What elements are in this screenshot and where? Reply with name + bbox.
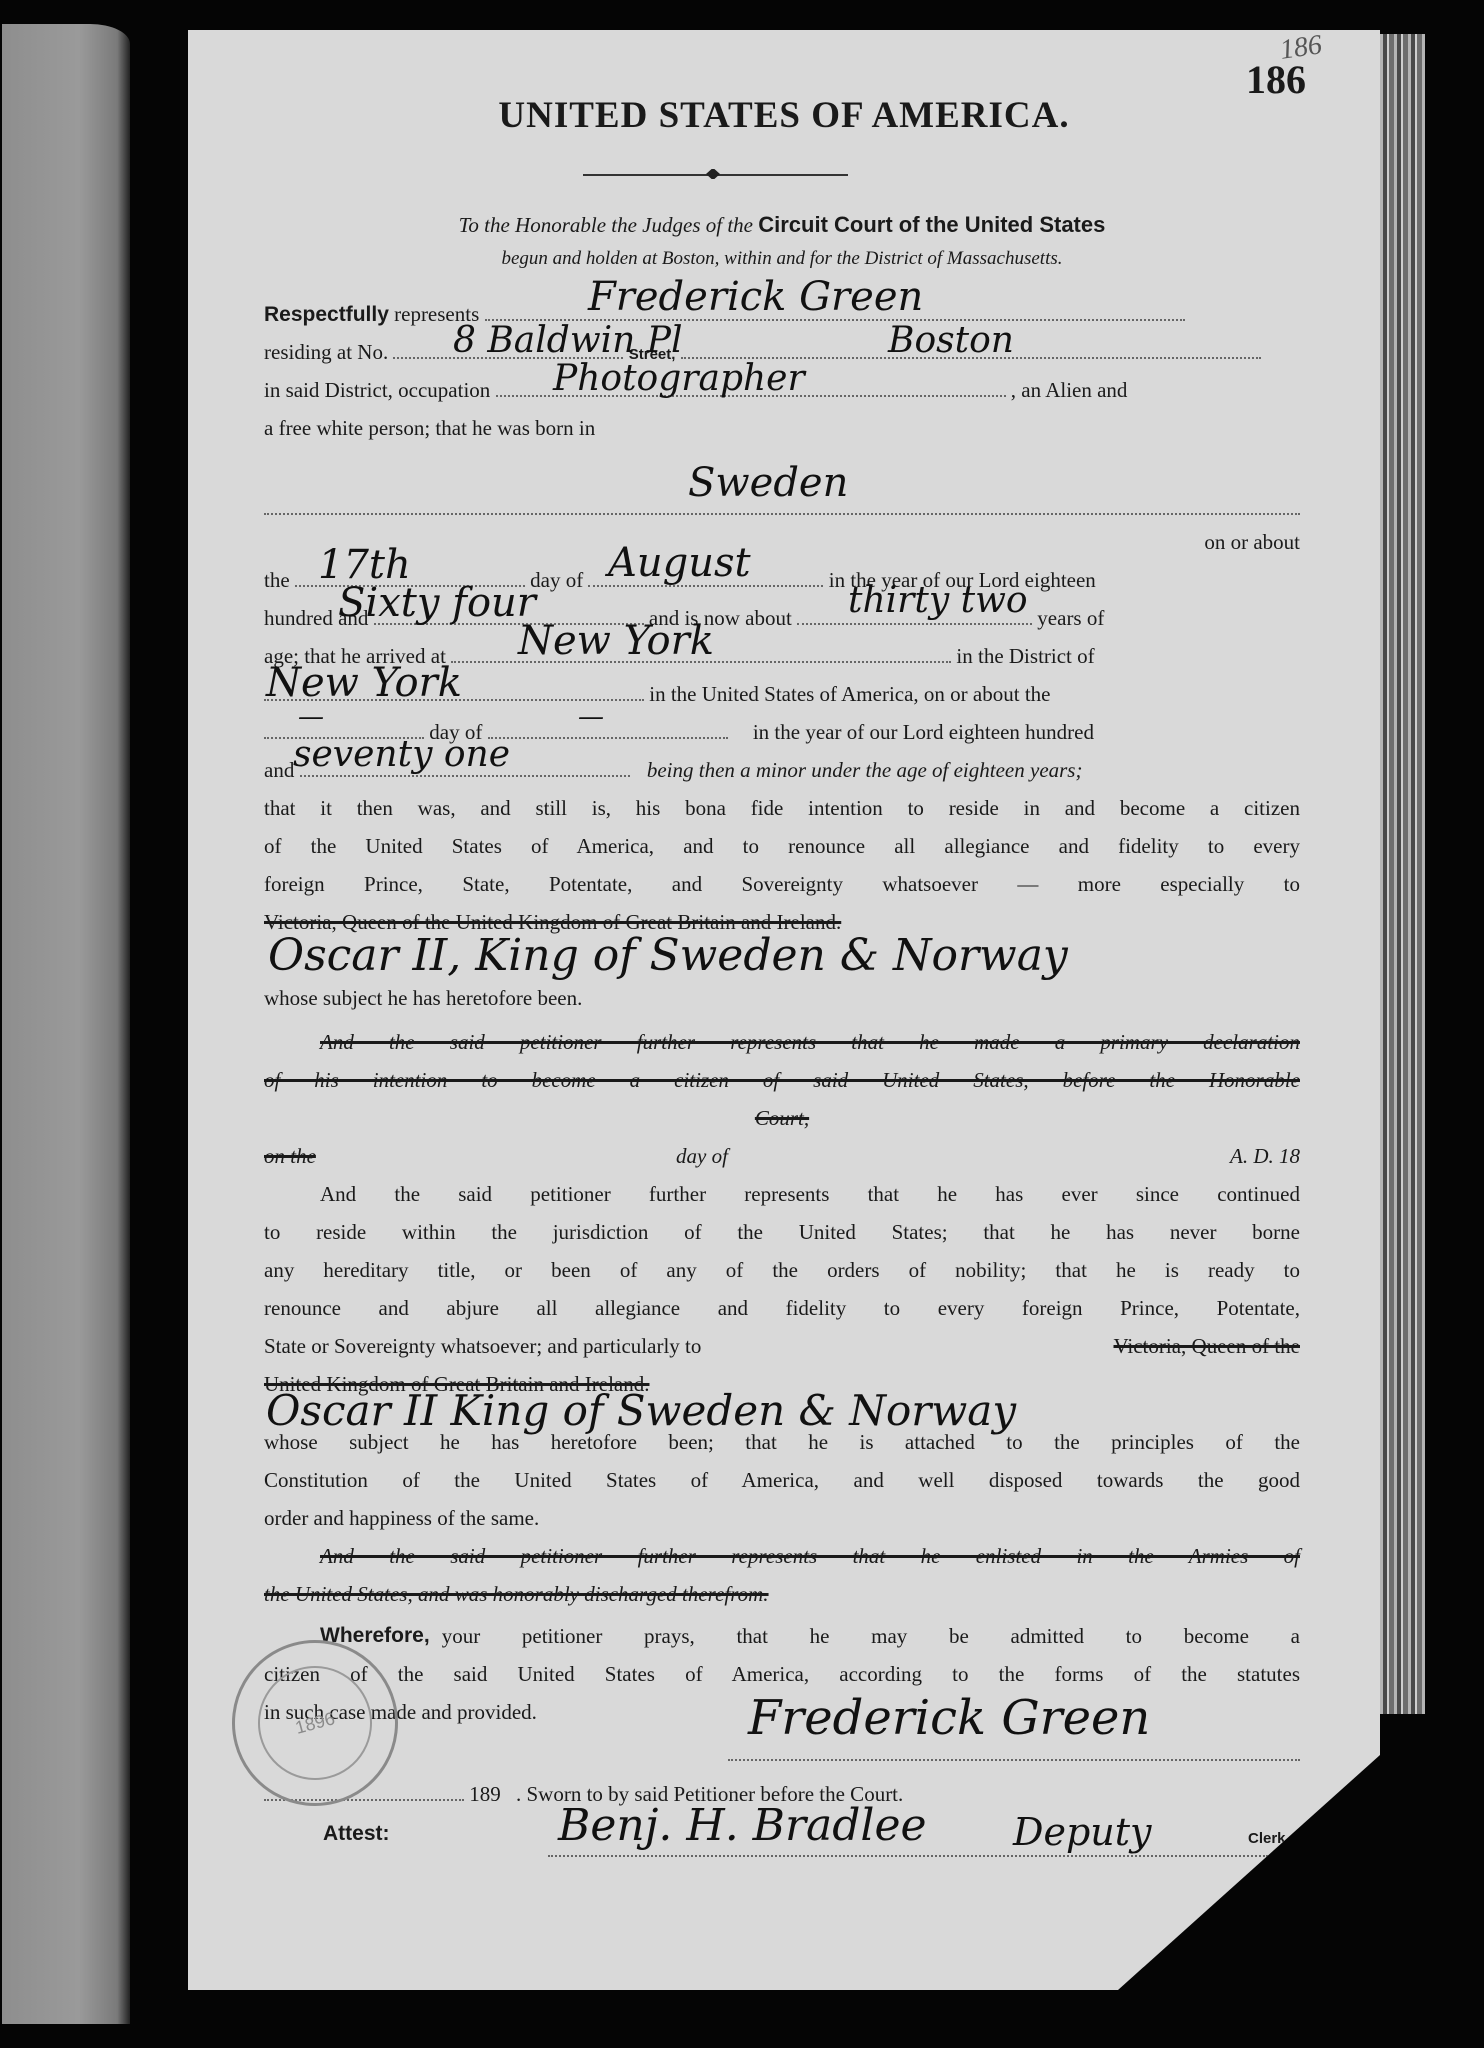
on-or-about-label: on or about xyxy=(264,530,1300,555)
struck-armies-line: And the said petitioner further represen… xyxy=(264,1544,1300,1569)
birthplace-line xyxy=(264,496,1300,521)
on-the-label: on the xyxy=(264,1144,316,1168)
arrival-district: New York xyxy=(266,660,462,706)
subject-line-1: whose subject he has heretofore been. xyxy=(264,986,1300,1011)
document-title: UNITED STATES OF AMERICA. xyxy=(188,94,1380,137)
sovereign-1-handwritten: Oscar II, King of Sweden & Norway xyxy=(268,930,1068,981)
attest-label: Attest: xyxy=(323,1822,523,1846)
paragraph1-line: foreign Prince, State, Potentate, and So… xyxy=(264,872,1300,897)
left-page-edge xyxy=(2,24,130,2024)
address-prefix: To the Honorable the Judges of the xyxy=(459,213,753,237)
petitioner-signature: Frederick Green xyxy=(748,1690,1150,1746)
residence-street: 8 Baldwin Pl xyxy=(453,320,683,361)
residence-city: Boston xyxy=(888,320,1014,361)
wherefore-line: citizen of the said United States of Ame… xyxy=(264,1662,1300,1687)
clerk-field-line xyxy=(548,1854,1268,1857)
struck-armies-line: the United States, and was honorably dis… xyxy=(264,1582,1300,1607)
clerk-signature: Benj. H. Bradlee xyxy=(558,1800,927,1851)
struck-date-row: on the day of A. D. 18 xyxy=(264,1144,1300,1169)
the-label: the xyxy=(264,568,290,592)
struck-sovereign-2a: Victoria, Queen of the xyxy=(1114,1334,1301,1359)
struck-declaration-line: And the said petitioner further represen… xyxy=(264,1030,1300,1055)
paragraph2-line: renounce and abjure all allegiance and f… xyxy=(264,1296,1300,1321)
age-field-line xyxy=(797,622,1032,625)
arrival-month: — xyxy=(578,702,604,732)
paragraph2-line: any hereditary title, or been of any of … xyxy=(264,1258,1300,1283)
wherefore-line: Wherefore, your petitioner prays, that h… xyxy=(264,1624,1300,1649)
paragraph3-line: Constitution of the United States of Ame… xyxy=(264,1468,1300,1493)
court-location-line: begun and holden at Boston, within and f… xyxy=(264,248,1300,270)
paragraph2-last-line: State or Sovereignty whatsoever; and par… xyxy=(264,1334,1300,1359)
court-name: Circuit Court of the United States xyxy=(758,212,1105,237)
sovereign-2-handwritten: Oscar II King of Sweden & Norway xyxy=(266,1386,1016,1435)
struck-declaration-line: of his intention to become a citizen of … xyxy=(264,1068,1300,1093)
district-of-label: in the District of xyxy=(956,644,1094,668)
arrival-port: New York xyxy=(518,618,714,664)
birthplace-field-line xyxy=(264,512,1300,515)
paragraph1-line: of the United States of America, and to … xyxy=(264,834,1300,859)
court-address-line: To the Honorable the Judges of the Circu… xyxy=(264,212,1300,238)
respectfully-label: Respectfully xyxy=(264,303,389,326)
paragraph3-line: whose subject he has heretofore been; th… xyxy=(264,1430,1300,1455)
divider-ornament xyxy=(706,169,720,179)
age-value: thirty two xyxy=(848,580,1028,621)
born-label: a free white person; that he was born in xyxy=(264,416,1300,441)
petition-page: 186 186 UNITED STATES OF AMERICA. To the… xyxy=(188,30,1380,1990)
arrival-month-line xyxy=(488,736,728,739)
petitioner-name: Frederick Green xyxy=(588,274,923,320)
occupation-label: in said District, occupation xyxy=(264,378,490,402)
occupation-value: Photographer xyxy=(553,358,805,399)
paragraph2-line: And the said petitioner further represen… xyxy=(264,1182,1300,1207)
in-us-label: in the United States of America, on or a… xyxy=(649,682,1050,706)
residence-label: residing at No. xyxy=(264,340,388,364)
year-text-2: in the year of our Lord eighteen hundred xyxy=(753,720,1094,744)
clerk-title-handwritten: Deputy xyxy=(1013,1810,1152,1854)
wherefore-text: your petitioner prays, that he may be ad… xyxy=(442,1624,1300,1649)
page-stack-edges xyxy=(1375,34,1425,1714)
and-label: and xyxy=(264,758,294,782)
years-of-label: years of xyxy=(1037,606,1104,630)
particularly-to-text: State or Sovereignty whatsoever; and par… xyxy=(264,1334,701,1359)
struck-court-label: Court, xyxy=(264,1106,1300,1131)
paragraph1-line: that it then was, and still is, his bona… xyxy=(264,796,1300,821)
paragraph3-line: order and happiness of the same. xyxy=(264,1506,1300,1531)
birth-year-words: Sixty four xyxy=(338,580,536,626)
arrival-year-words: seventy one xyxy=(293,734,510,775)
ad-label: A. D. 18 xyxy=(1230,1144,1300,1169)
sworn-year: 189 xyxy=(469,1782,501,1806)
stamp-year: 1896 xyxy=(293,1708,337,1739)
day-of-label-3: day of xyxy=(676,1144,728,1169)
minor-text: being then a minor under the age of eigh… xyxy=(647,758,1083,782)
paragraph2-line: to reside within the jurisdiction of the… xyxy=(264,1220,1300,1245)
stamp-inner-ring: 1896 xyxy=(245,1653,385,1793)
birth-month: August xyxy=(608,540,751,586)
arrival-day: — xyxy=(298,702,324,732)
signature-field-line xyxy=(728,1758,1300,1761)
day-of-label: day of xyxy=(530,568,583,592)
clerk-label: Clerk. xyxy=(1248,1830,1328,1847)
alien-label: , an Alien and xyxy=(1011,378,1128,402)
